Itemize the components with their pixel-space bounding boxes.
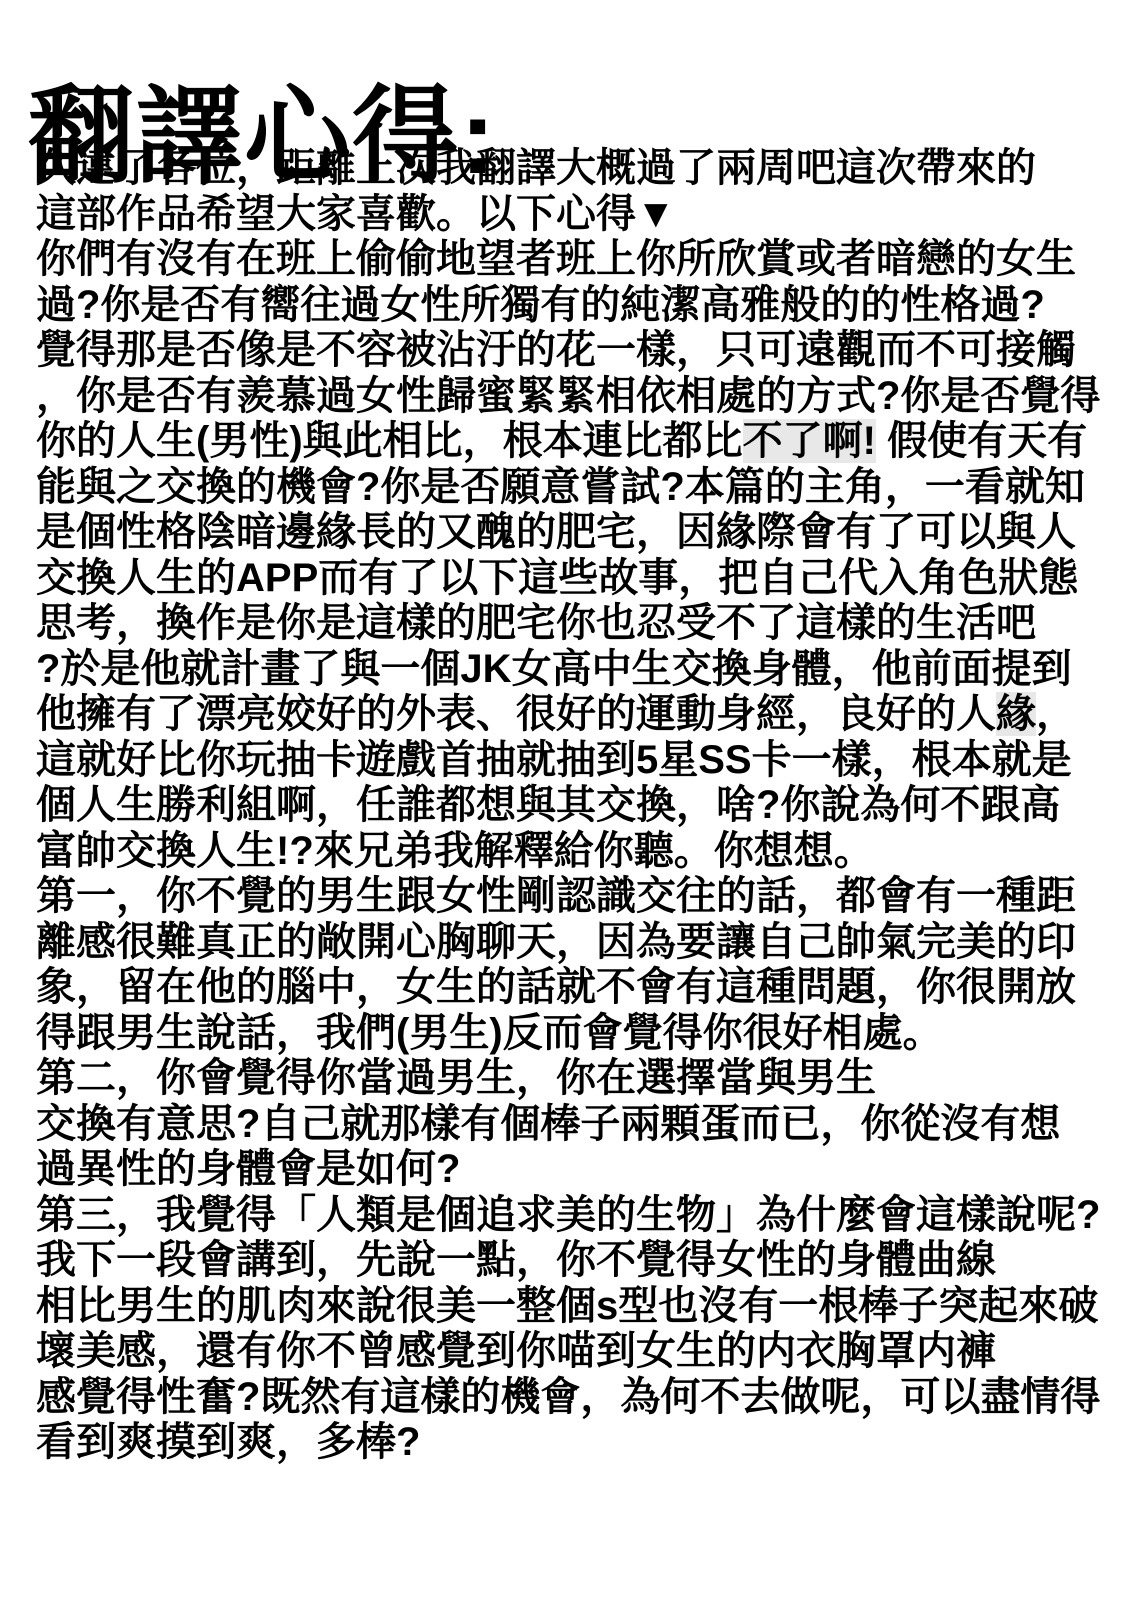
- text-line: 過?你是否有嚮往過女性所獨有的純潔高雅般的的性格過?: [36, 283, 1116, 329]
- text-line: 久違了各位，距離上次我翻譯大概過了兩周吧這次帶來的: [36, 146, 1116, 192]
- text-segment: 這就好比你玩抽卡遊戲首抽就抽到5星SS卡一樣，根本就是: [36, 738, 1072, 782]
- text-line: 富帥交換人生!?來兄弟我解釋給你聽。你想想。: [36, 829, 1116, 875]
- text-segment: 感覺得性奮?既然有這樣的機會，為何不去做呢，可以盡情得: [36, 1375, 1100, 1419]
- text-segment: 久違了各位，距離上次我翻譯大概過了兩周吧這次帶來的: [36, 146, 1036, 190]
- text-line: 離感很難真正的敞開心胸聊天，因為要讓自己帥氣完美的印: [36, 920, 1116, 966]
- text-segment: ，你是否有羨慕過女性歸蜜緊緊相依相處的方式?你是否覺得: [36, 374, 1100, 418]
- text-line: 象，留在他的腦中，女生的話就不會有這種問題，你很開放: [36, 965, 1116, 1011]
- text-line: 思考，換作是你是這樣的肥宅你也忍受不了這樣的生活吧: [36, 601, 1116, 647]
- text-line: 個人生勝利組啊，任誰都想與其交換，啥?你說為何不跟高: [36, 783, 1116, 829]
- text-segment: 過?你是否有嚮往過女性所獨有的純潔高雅般的的性格過?: [36, 283, 1045, 327]
- text-line: 覺得那是否像是不容被沾汙的花一樣，只可遠觀而不可接觸: [36, 328, 1116, 374]
- text-segment: 相比男生的肌肉來說很美一整個s型也沒有一根棒子突起來破: [36, 1284, 1098, 1328]
- text-line: 你們有沒有在班上偷偷地望者班上你所欣賞或者暗戀的女生: [36, 237, 1116, 283]
- text-line: 第三，我覺得「人類是個追求美的生物」為什麼會這樣說呢?: [36, 1193, 1116, 1239]
- text-segment: 能與之交換的機會?你是否願意嘗試?本篇的主角，一看就知: [36, 465, 1085, 509]
- text-segment: 得跟男生說話，我們(男生)反而會覺得你很好相處。: [36, 1011, 943, 1055]
- text-segment: 離感很難真正的敞開心胸聊天，因為要讓自己帥氣完美的印: [36, 920, 1076, 964]
- text-segment: 壞美感，還有你不曾感覺到你喵到女生的内衣胸罩内褲: [36, 1329, 996, 1373]
- text-segment: ?於是他就計畫了與一個JK女高中生交換身體，他前面提到: [36, 647, 1072, 691]
- text-line: 這就好比你玩抽卡遊戲首抽就抽到5星SS卡一樣，根本就是: [36, 738, 1116, 784]
- text-line: 交換人生的APP而有了以下這些故事，把自己代入角色狀態: [36, 556, 1116, 602]
- text-segment: 第一，你不覺的男生跟女性剛認識交往的話，都會有一種距: [36, 874, 1076, 918]
- text-line: 壞美感，還有你不曾感覺到你喵到女生的内衣胸罩内褲: [36, 1329, 1116, 1375]
- text-segment: 覺得那是否像是不容被沾汙的花一樣，只可遠觀而不可接觸: [36, 328, 1076, 372]
- text-segment: 你的人生(男性)與此相比，根本連比都比: [36, 419, 743, 463]
- text-segment: 假使有天有: [876, 419, 1087, 463]
- text-segment: ，: [1036, 692, 1076, 736]
- highlighted-text: 不了啊!: [743, 419, 876, 463]
- text-line: 他擁有了漂亮姣好的外表、很好的運動身經，良好的人緣，: [36, 692, 1116, 738]
- text-line: 得跟男生說話，我們(男生)反而會覺得你很好相處。: [36, 1011, 1116, 1057]
- text-line: ?於是他就計畫了與一個JK女高中生交換身體，他前面提到: [36, 647, 1116, 693]
- text-line: ，你是否有羨慕過女性歸蜜緊緊相依相處的方式?你是否覺得: [36, 374, 1116, 420]
- text-segment: 交換人生的APP而有了以下這些故事，把自己代入角色狀態: [36, 556, 1078, 600]
- text-line: 我下一段會講到，先說一點，你不覺得女性的身體曲線: [36, 1238, 1116, 1284]
- text-segment: 看到爽摸到爽，多棒?: [36, 1420, 420, 1464]
- text-segment: 他擁有了漂亮姣好的外表、很好的運動身經，良好的人: [36, 692, 996, 736]
- text-segment: 交換有意思?自己就那樣有個棒子兩顆蛋而已，你從沒有想: [36, 1102, 1060, 1146]
- text-segment: 思考，換作是你是這樣的肥宅你也忍受不了這樣的生活吧: [36, 601, 1036, 645]
- text-line: 第二，你會覺得你當過男生，你在選擇當與男生: [36, 1056, 1116, 1102]
- text-line: 是個性格陰暗邊緣長的又醜的肥宅，因緣際會有了可以與人: [36, 510, 1116, 556]
- text-segment: 你們有沒有在班上偷偷地望者班上你所欣賞或者暗戀的女生: [36, 237, 1076, 281]
- text-segment: 第二，你會覺得你當過男生，你在選擇當與男生: [36, 1056, 876, 1100]
- body-text: 久違了各位，距離上次我翻譯大概過了兩周吧這次帶來的這部作品希望大家喜歡。以下心得…: [36, 146, 1116, 1466]
- text-segment: 個人生勝利組啊，任誰都想與其交換，啥?你說為何不跟高: [36, 783, 1060, 827]
- text-line: 交換有意思?自己就那樣有個棒子兩顆蛋而已，你從沒有想: [36, 1102, 1116, 1148]
- text-segment: 是個性格陰暗邊緣長的又醜的肥宅，因緣際會有了可以與人: [36, 510, 1076, 554]
- text-line: 相比男生的肌肉來說很美一整個s型也沒有一根棒子突起來破: [36, 1284, 1116, 1330]
- text-segment: 我下一段會講到，先說一點，你不覺得女性的身體曲線: [36, 1238, 996, 1282]
- text-segment: 這部作品希望大家喜歡。以下心得▼: [36, 192, 676, 236]
- text-line: 這部作品希望大家喜歡。以下心得▼: [36, 192, 1116, 238]
- text-line: 過異性的身體會是如何?: [36, 1147, 1116, 1193]
- text-segment: 象，留在他的腦中，女生的話就不會有這種問題，你很開放: [36, 965, 1076, 1009]
- text-segment: 過異性的身體會是如何?: [36, 1147, 460, 1191]
- text-segment: 富帥交換人生!?來兄弟我解釋給你聽。你想想。: [36, 829, 874, 873]
- text-line: 看到爽摸到爽，多棒?: [36, 1420, 1116, 1466]
- translator-notes-page: 翻譯心得: 久違了各位，距離上次我翻譯大概過了兩周吧這次帶來的這部作品希望大家喜…: [0, 0, 1133, 1600]
- text-line: 感覺得性奮?既然有這樣的機會，為何不去做呢，可以盡情得: [36, 1375, 1116, 1421]
- text-segment: 第三，我覺得「人類是個追求美的生物」為什麼會這樣說呢?: [36, 1193, 1100, 1237]
- highlighted-text: 緣: [996, 692, 1036, 736]
- text-line: 能與之交換的機會?你是否願意嘗試?本篇的主角，一看就知: [36, 465, 1116, 511]
- text-line: 你的人生(男性)與此相比，根本連比都比不了啊! 假使有天有: [36, 419, 1116, 465]
- text-line: 第一，你不覺的男生跟女性剛認識交往的話，都會有一種距: [36, 874, 1116, 920]
